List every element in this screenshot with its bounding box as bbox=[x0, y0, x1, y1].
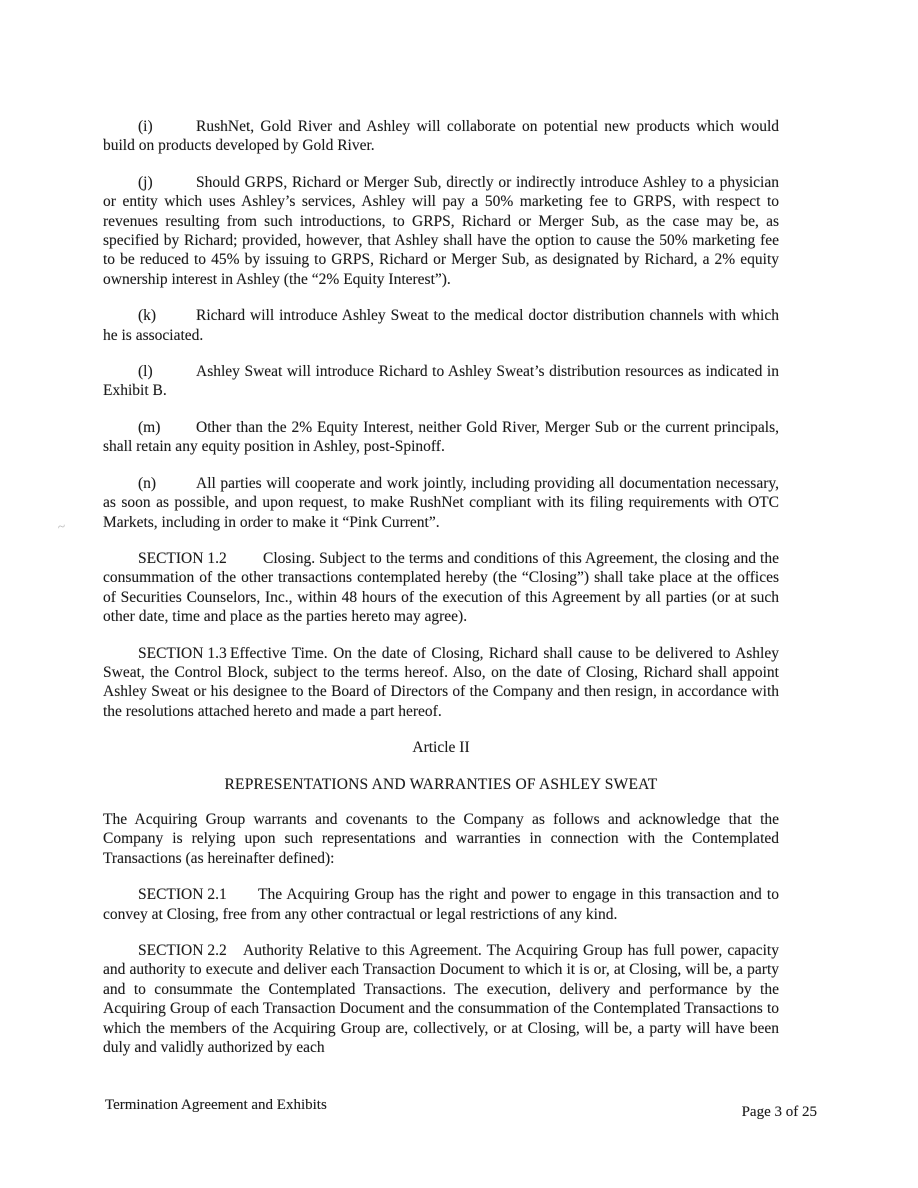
footer-document-title: Termination Agreement and Exhibits bbox=[105, 1096, 327, 1114]
section-1-2: SECTION 1.2Closing. Subject to the terms… bbox=[103, 549, 779, 627]
intro-paragraph: The Acquiring Group warrants and covenan… bbox=[103, 810, 779, 868]
paragraph-m-label: (m) bbox=[138, 418, 196, 437]
document-page: ~ (i)RushNet, Gold River and Ashley will… bbox=[0, 0, 918, 1188]
section-2-2: SECTION 2.2Authority Relative to this Ag… bbox=[103, 941, 779, 1057]
paragraph-j-label: (j) bbox=[138, 173, 196, 192]
paragraph-j: (j)Should GRPS, Richard or Merger Sub, d… bbox=[103, 173, 779, 289]
paragraph-m: (m)Other than the 2% Equity Interest, ne… bbox=[103, 418, 779, 457]
paragraph-i: (i)RushNet, Gold River and Ashley will c… bbox=[103, 117, 779, 156]
document-body: (i)RushNet, Gold River and Ashley will c… bbox=[103, 117, 779, 1074]
section-1-3-label: SECTION 1.3 bbox=[138, 644, 230, 663]
scan-artifact-mark: ~ bbox=[56, 517, 67, 538]
paragraph-k: (k)Richard will introduce Ashley Sweat t… bbox=[103, 306, 779, 345]
page-footer: Termination Agreement and Exhibits Page … bbox=[105, 1096, 817, 1114]
footer-page-number: Page 3 of 25 bbox=[742, 1103, 817, 1121]
paragraph-i-text: RushNet, Gold River and Ashley will coll… bbox=[103, 118, 779, 154]
paragraph-n: (n)All parties will cooperate and work j… bbox=[103, 474, 779, 532]
paragraph-l-label: (l) bbox=[138, 362, 196, 381]
article-title: REPRESENTATIONS AND WARRANTIES OF ASHLEY… bbox=[103, 775, 779, 794]
paragraph-i-label: (i) bbox=[138, 117, 196, 136]
paragraph-n-text: All parties will cooperate and work join… bbox=[103, 475, 779, 531]
section-2-1-label: SECTION 2.1 bbox=[138, 885, 258, 904]
section-2-1: SECTION 2.1The Acquiring Group has the r… bbox=[103, 885, 779, 924]
section-1-3: SECTION 1.3Effective Time. On the date o… bbox=[103, 644, 779, 722]
paragraph-m-text: Other than the 2% Equity Interest, neith… bbox=[103, 419, 779, 455]
paragraph-k-label: (k) bbox=[138, 306, 196, 325]
paragraph-n-label: (n) bbox=[138, 474, 196, 493]
section-2-2-label: SECTION 2.2 bbox=[138, 941, 243, 960]
paragraph-l: (l)Ashley Sweat will introduce Richard t… bbox=[103, 362, 779, 401]
paragraph-l-text: Ashley Sweat will introduce Richard to A… bbox=[103, 363, 779, 399]
paragraph-j-text: Should GRPS, Richard or Merger Sub, dire… bbox=[103, 174, 779, 288]
paragraph-k-text: Richard will introduce Ashley Sweat to t… bbox=[103, 307, 779, 343]
section-1-2-label: SECTION 1.2 bbox=[138, 549, 263, 568]
article-number: Article II bbox=[103, 738, 779, 757]
